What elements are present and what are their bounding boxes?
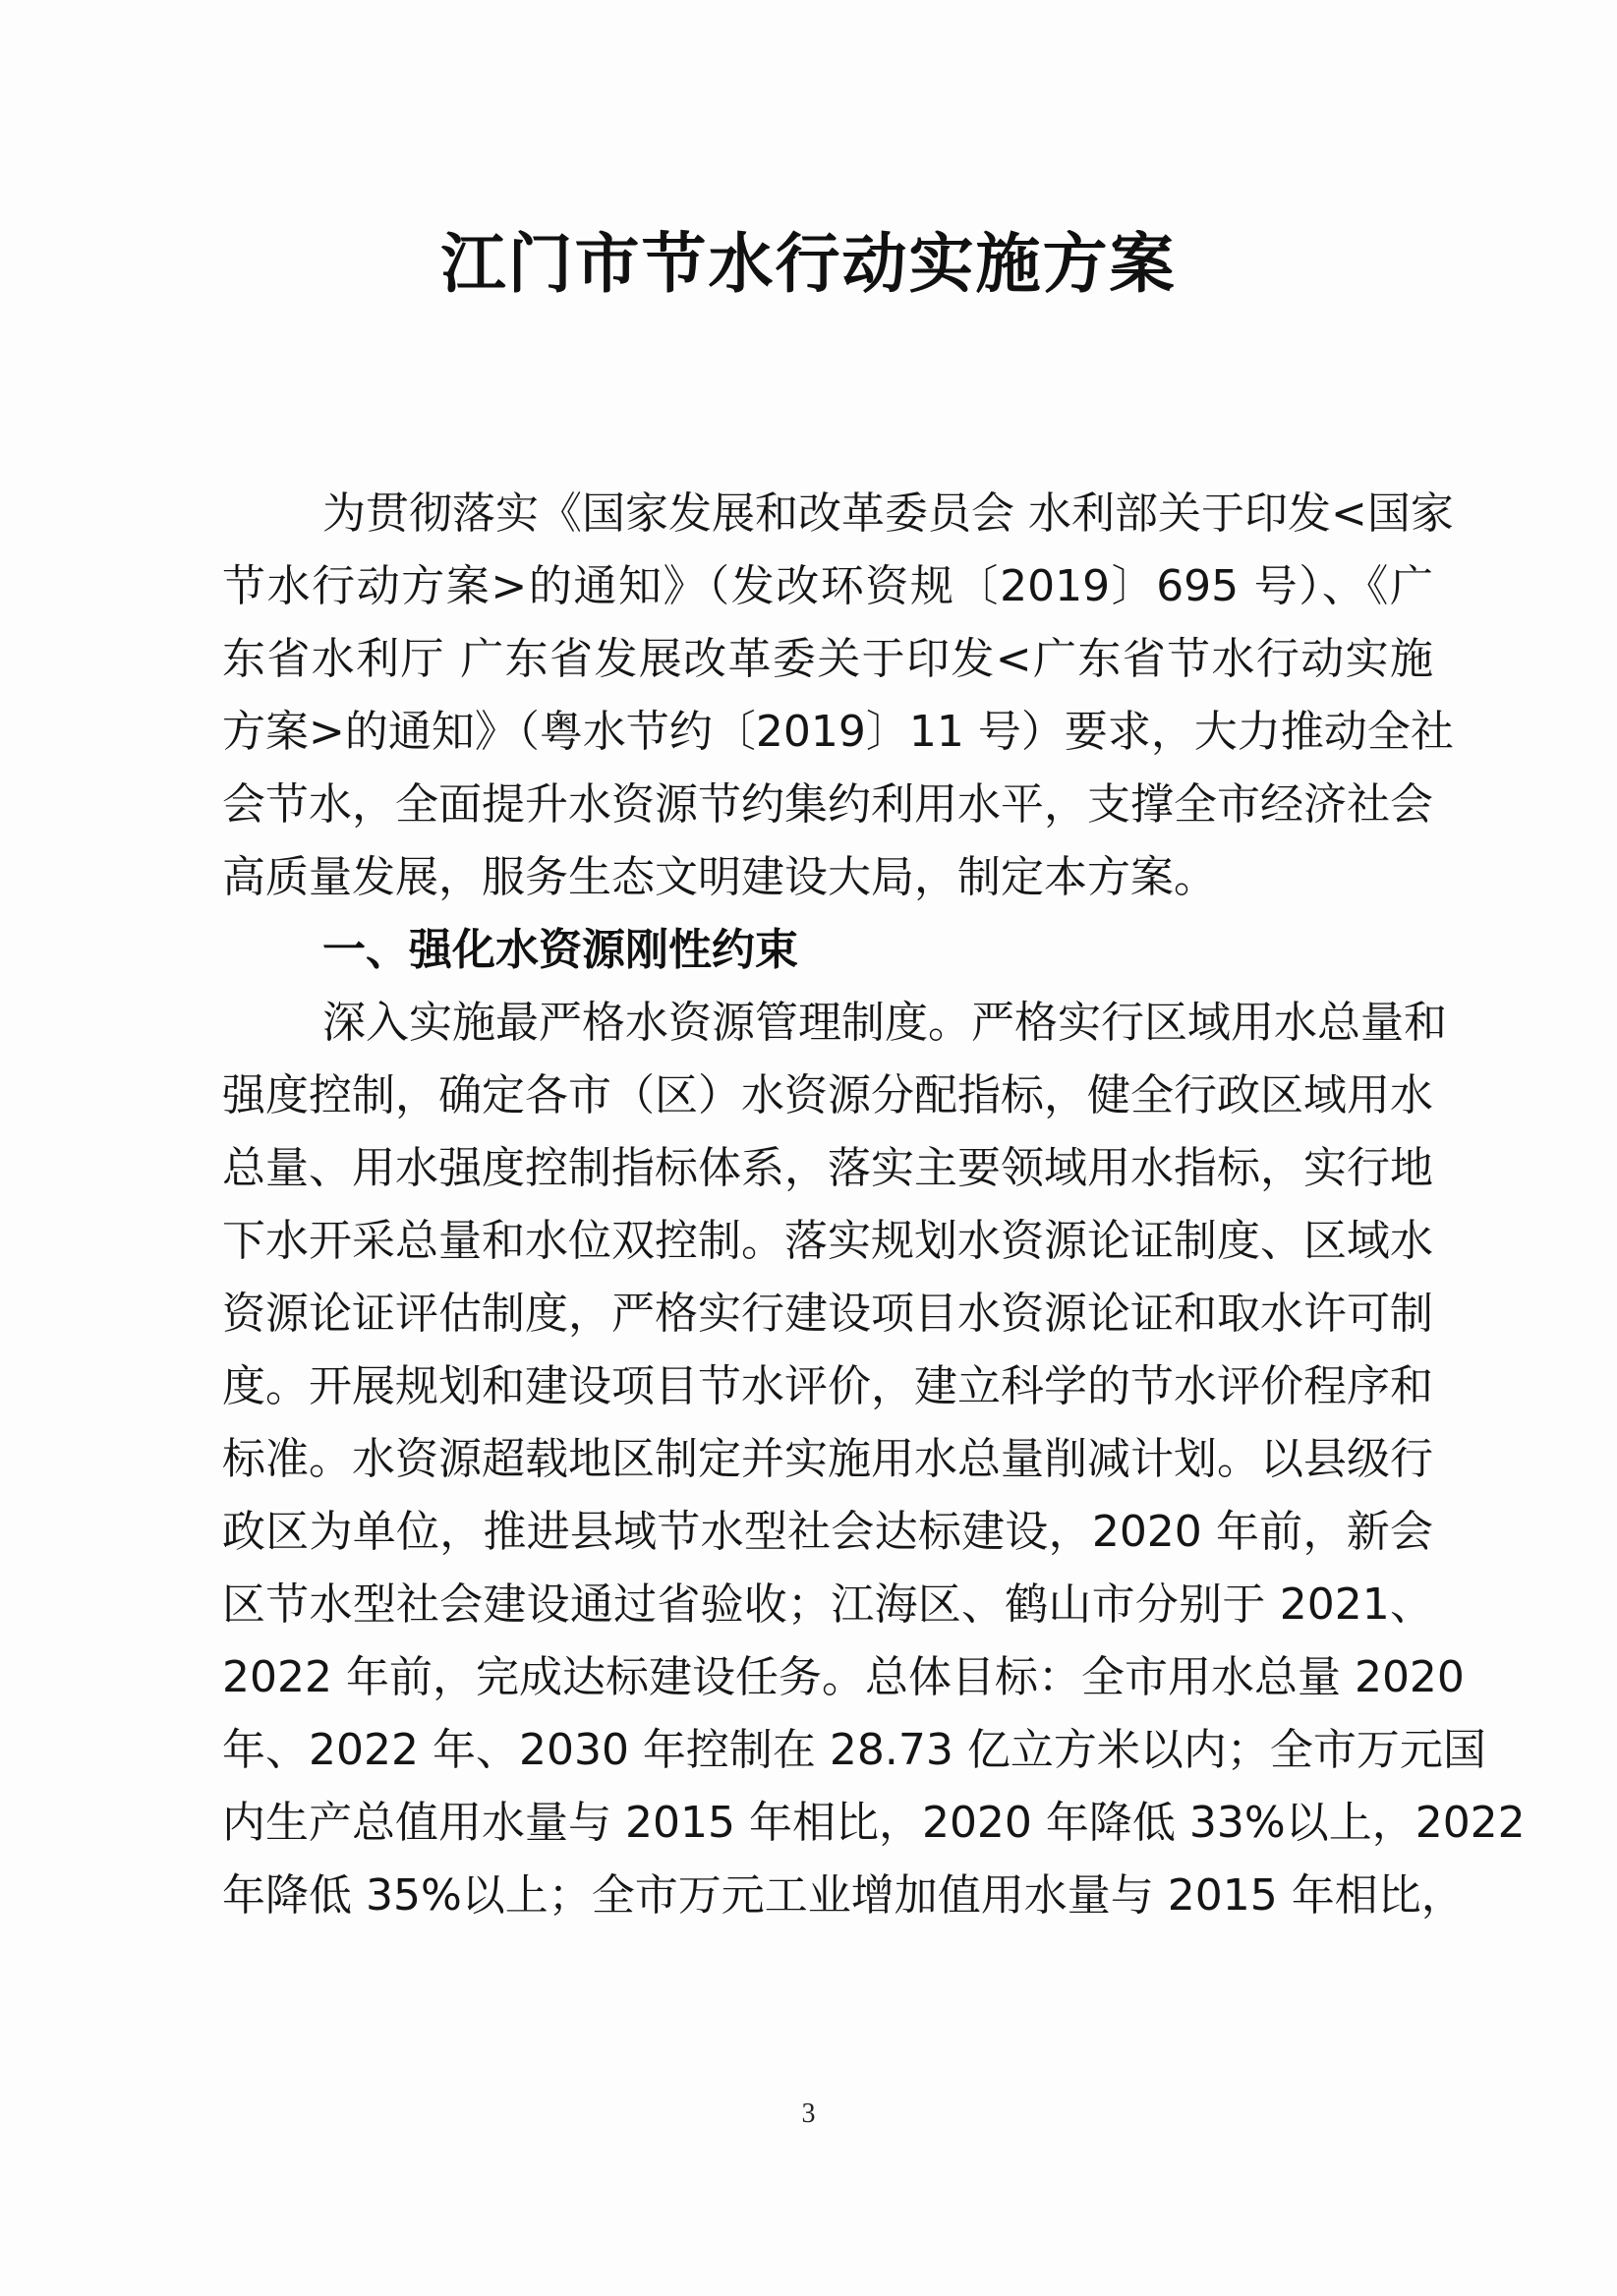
text-line: 区节水型社会建设通过省验收；江海区、鹤山市分别于 2021、 [222,1569,1433,1641]
text-line: 政区为单位，推进县域节水型社会达标建设，2020 年前，新会 [222,1496,1433,1569]
text-line: 内生产总值用水量与 2015 年相比，2020 年降低 33%以上，2022 [222,1787,1433,1860]
text-line: 2022 年前，完成达标建设任务。总体目标：全市用水总量 2020 [222,1641,1433,1714]
text-line: 总量、用水强度控制指标体系，落实主要领域用水指标，实行地 [222,1132,1433,1205]
text-line: 东省水利厅 广东省发展改革委关于印发<广东省节水行动实施 [222,623,1433,696]
document-page: 江门市节水行动实施方案 为贯彻落实《国家发展和改革委员会 水利部关于印发<国家 … [0,0,1617,2296]
document-title: 江门市节水行动实施方案 [0,224,1617,303]
section-1-paragraph: 深入实施最严格水资源管理制度。严格实行区域用水总量和 强度控制，确定各市（区）水… [222,987,1433,1932]
text-line: 强度控制，确定各市（区）水资源分配指标，健全行政区域用水 [222,1060,1433,1132]
text-line: 年、2022 年、2030 年控制在 28.73 亿立方米以内；全市万元国 [222,1714,1433,1787]
section-heading: 一、强化水资源刚性约束 [222,914,1433,987]
page-number: 3 [0,2098,1617,2130]
text-line: 下水开采总量和水位双控制。落实规划水资源论证制度、区域水 [222,1205,1433,1278]
text-line: 高质量发展，服务生态文明建设大局，制定本方案。 [222,841,1433,914]
text-line: 为贯彻落实《国家发展和改革委员会 水利部关于印发<国家 [222,478,1433,550]
text-line: 深入实施最严格水资源管理制度。严格实行区域用水总量和 [222,987,1433,1060]
text-line: 年降低 35%以上；全市万元工业增加值用水量与 2015 年相比， [222,1860,1433,1932]
text-line: 资源论证评估制度，严格实行建设项目水资源论证和取水许可制 [222,1278,1433,1350]
intro-paragraph: 为贯彻落实《国家发展和改革委员会 水利部关于印发<国家 节水行动方案>的通知》（… [222,478,1433,914]
text-line: 节水行动方案>的通知》（发改环资规〔2019〕695 号）、《广 [222,550,1433,623]
text-line: 标准。水资源超载地区制定并实施用水总量削减计划。以县级行 [222,1423,1433,1496]
document-body: 为贯彻落实《国家发展和改革委员会 水利部关于印发<国家 节水行动方案>的通知》（… [222,478,1433,1932]
text-line: 会节水，全面提升水资源节约集约利用水平，支撑全市经济社会 [222,769,1433,841]
text-line: 度。开展规划和建设项目节水评价，建立科学的节水评价程序和 [222,1350,1433,1423]
text-line: 方案>的通知》（粤水节约〔2019〕11 号）要求，大力推动全社 [222,696,1433,769]
